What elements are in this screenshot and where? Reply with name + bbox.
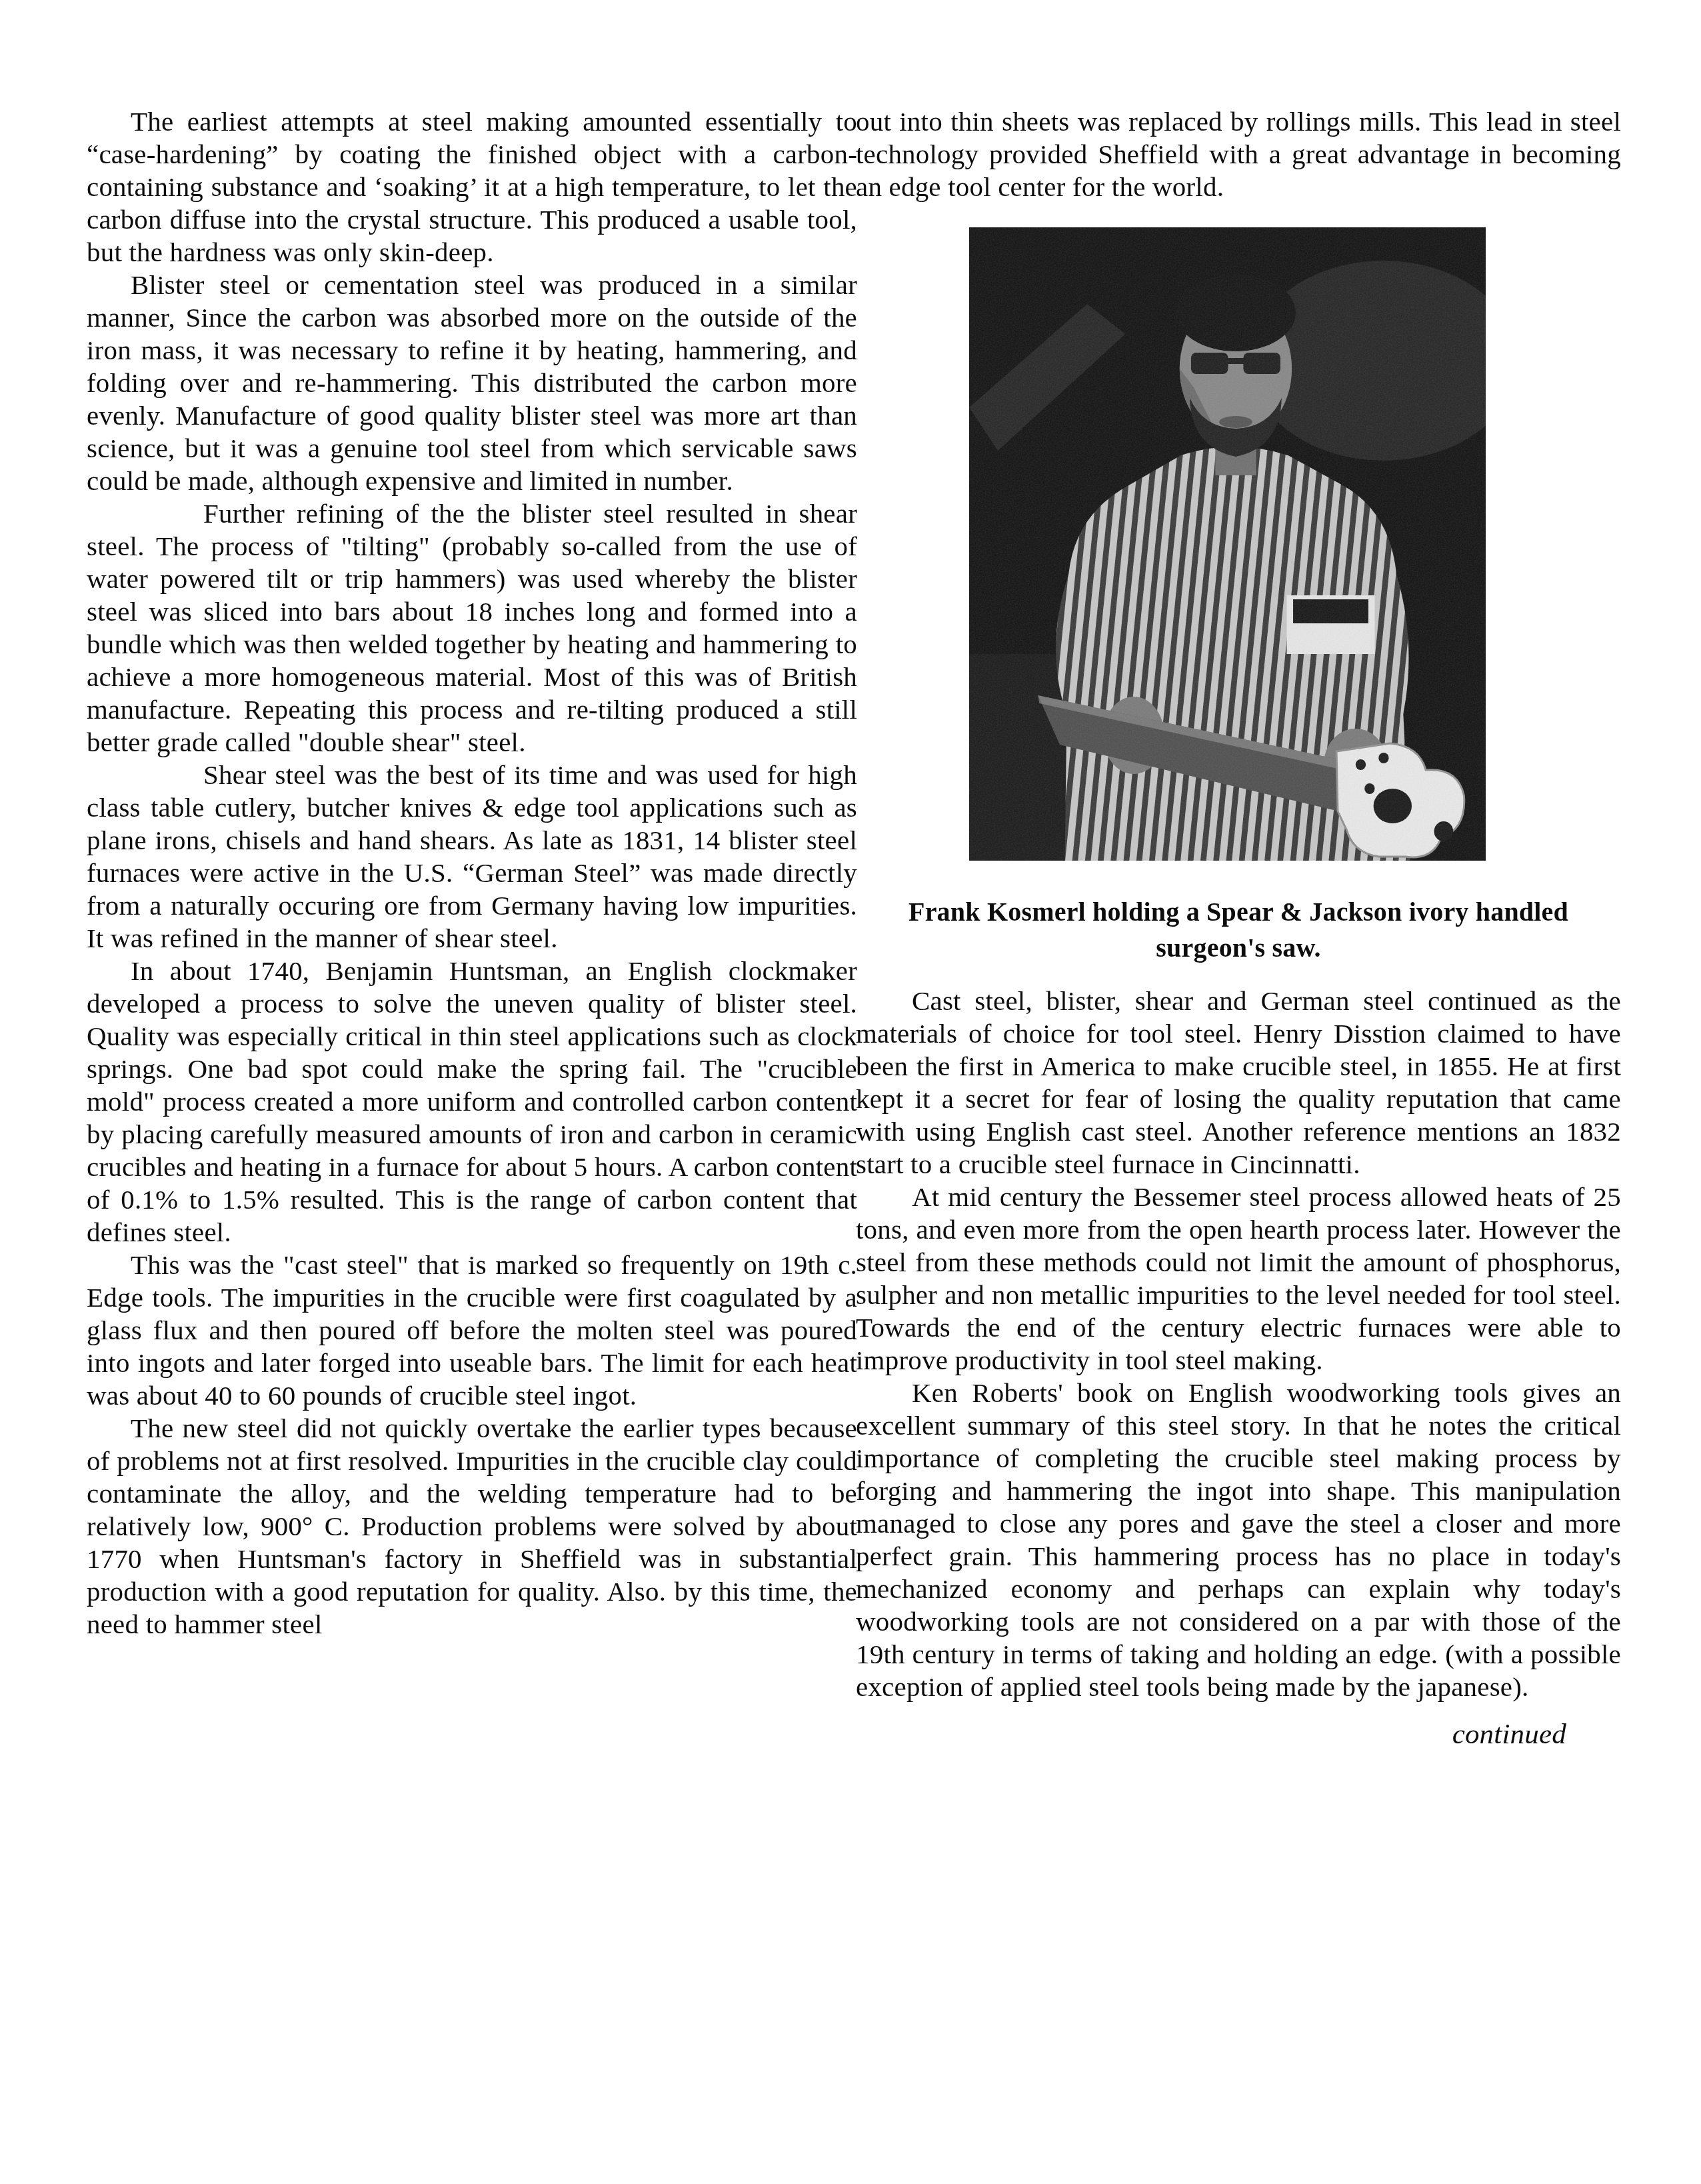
paragraph: The earliest attempts at steel making am… [87,105,857,269]
paragraph: The new steel did not quickly overtake t… [87,1412,857,1641]
paragraph: Blister steel or cementation steel was p… [87,269,857,497]
continued-label: continued [856,1718,1621,1751]
document-page: The earliest attempts at steel making am… [0,0,1701,2184]
paragraph: Further refining of the the blister stee… [87,497,857,759]
paragraph: In about 1740, Benjamin Huntsman, an Eng… [87,955,857,1249]
halftone-photo-man-holding-saw [969,227,1486,861]
photo-illustration [969,227,1486,861]
paragraph: This was the "cast steel" that is marked… [87,1249,857,1412]
paragraph: Ken Roberts' book on English woodworking… [856,1377,1621,1703]
photo-caption: Frank Kosmerl holding a Spear & Jackson … [856,894,1621,966]
paragraph: out into thin sheets was replaced by rol… [856,105,1621,203]
left-column: The earliest attempts at steel making am… [87,105,857,1641]
right-column: out into thin sheets was replaced by rol… [856,105,1621,1751]
right-column-body: Cast steel, blister, shear and German st… [856,985,1621,1703]
paragraph: Shear steel was the best of its time and… [87,759,857,955]
paragraph: Cast steel, blister, shear and German st… [856,985,1621,1181]
paragraph: At mid century the Bessemer steel proces… [856,1181,1621,1377]
